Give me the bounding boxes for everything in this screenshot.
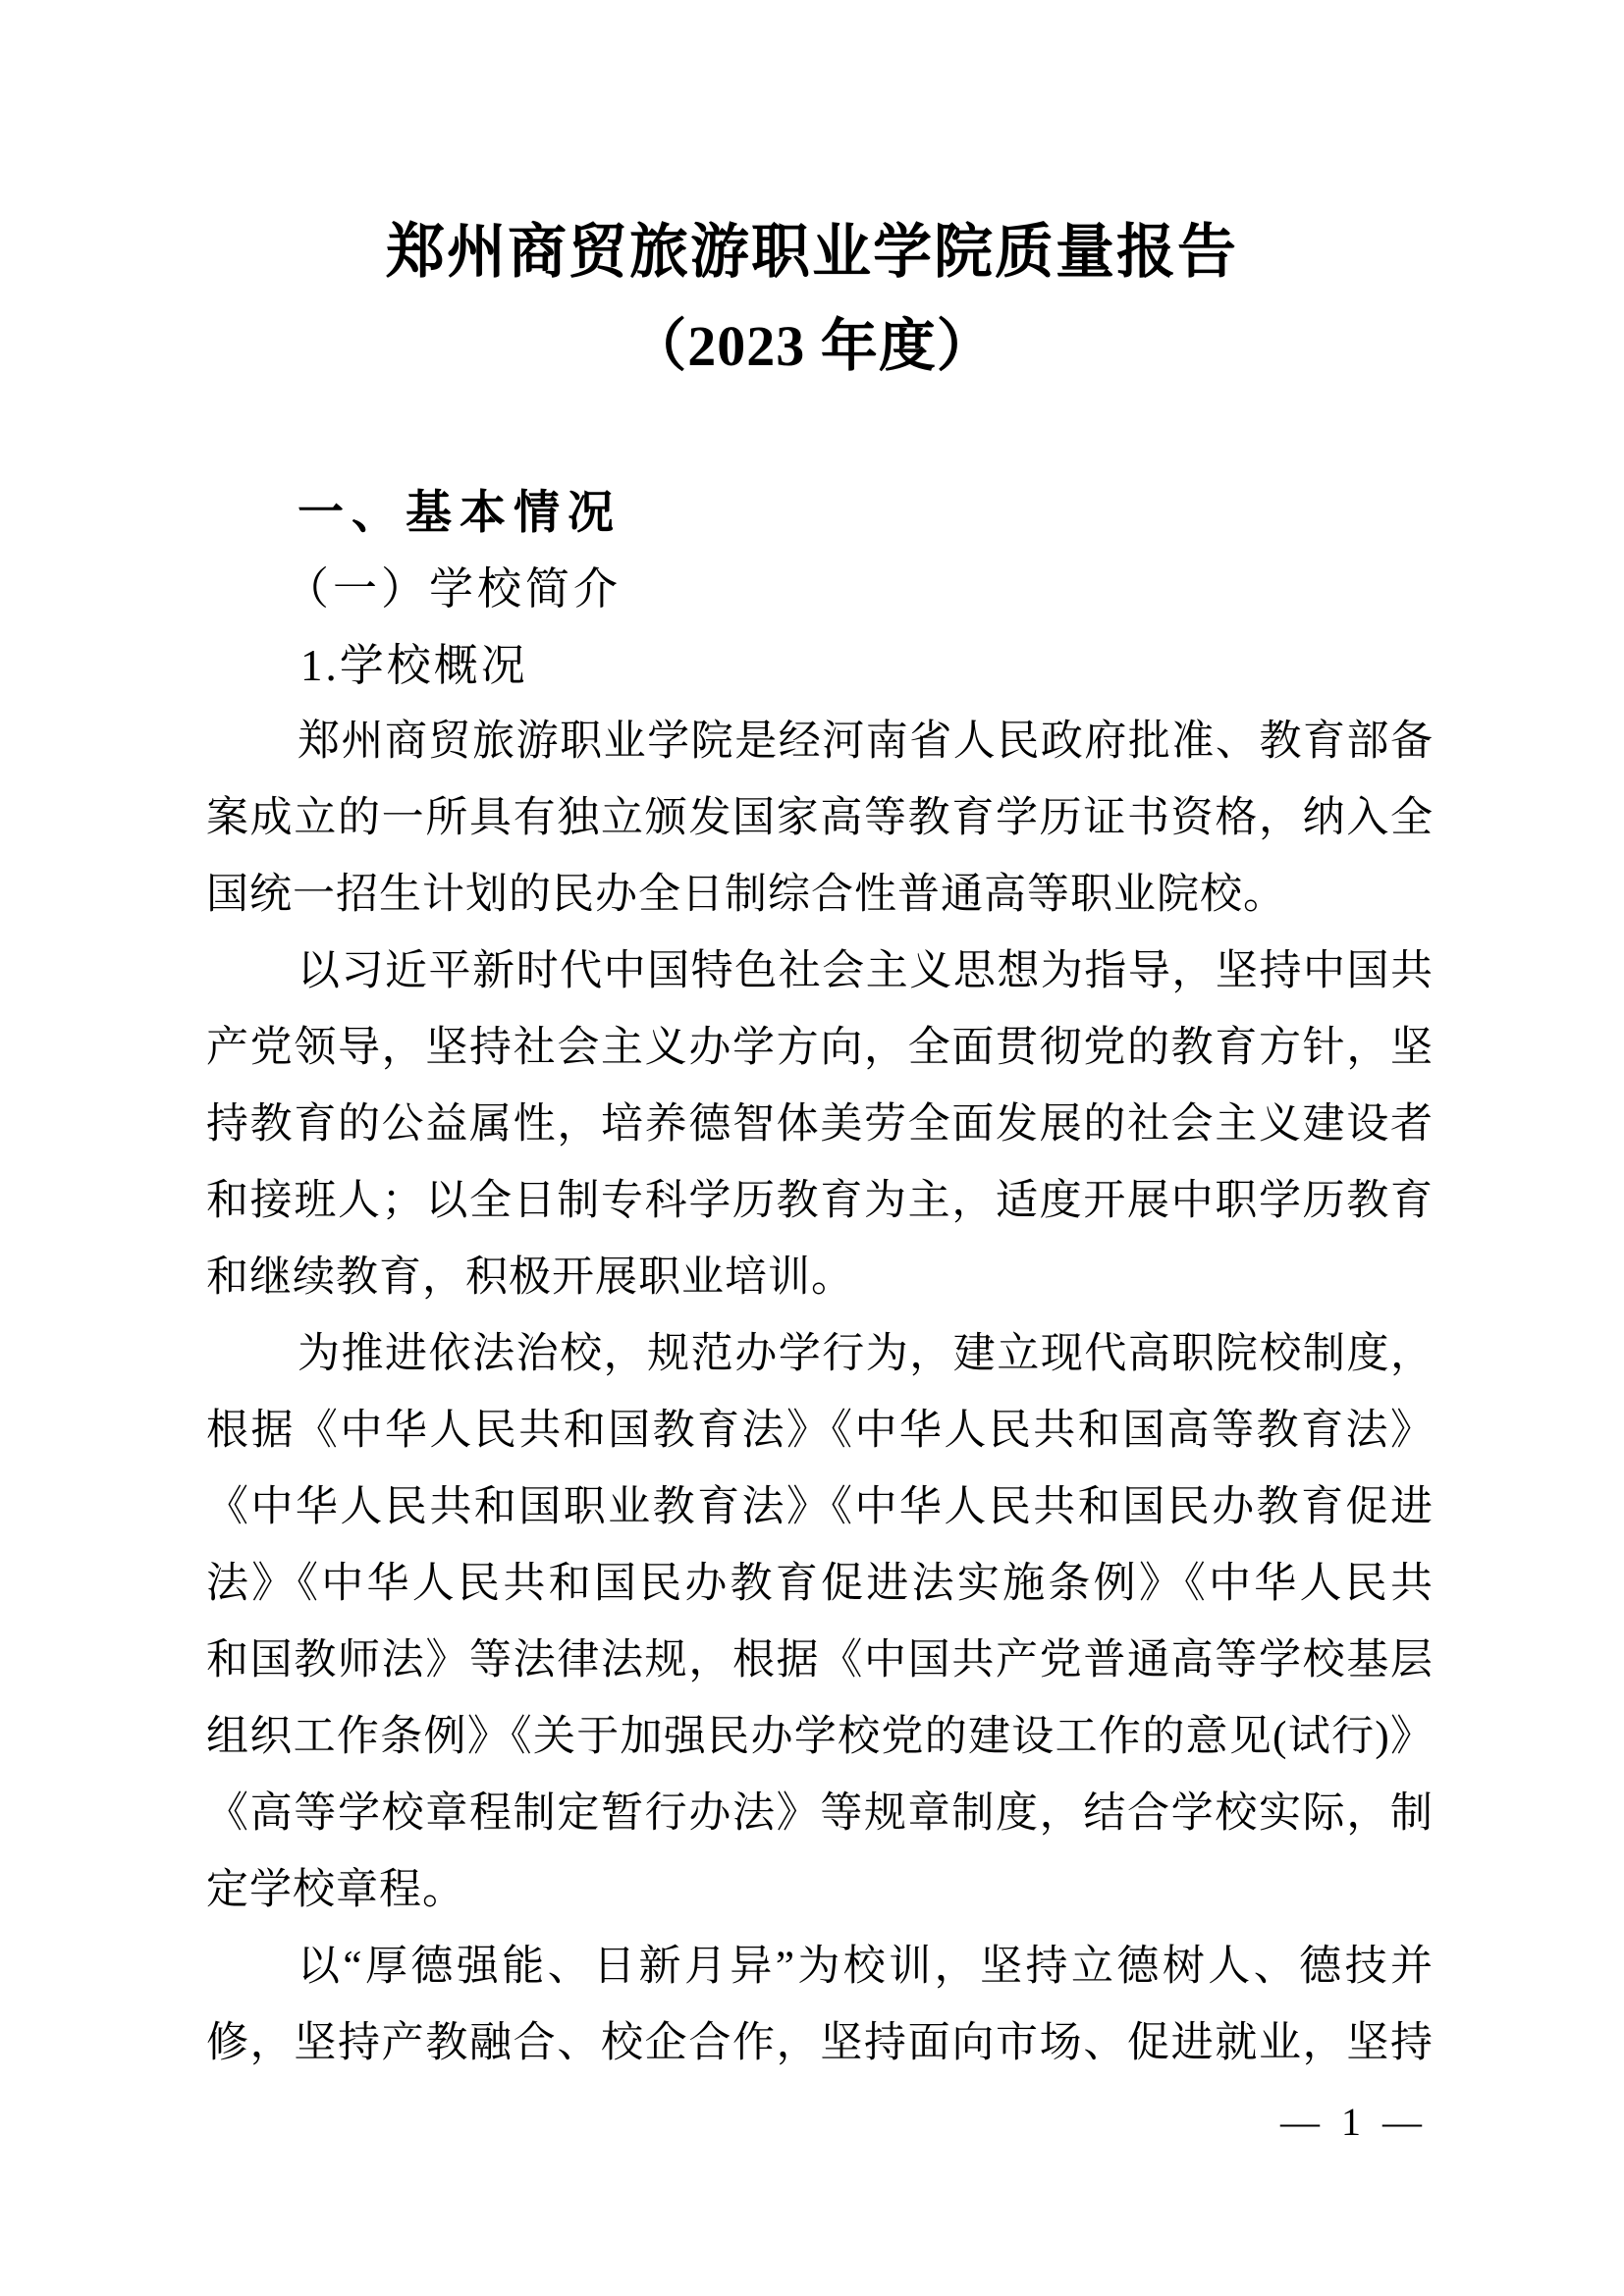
text-line: 定学校章程。 xyxy=(206,1852,1434,1929)
text-line: 持教育的公益属性，培养德智体美劳全面发展的社会主义建设者 xyxy=(206,1087,1434,1163)
document-page: 郑州商贸旅游职业学院质量报告 （2023 年度） 一、基本情况 （一）学校简介 … xyxy=(0,0,1624,2296)
paragraph-school-motto: 以“厚德强能、日新月异”为校训，坚持立德树人、德技并修，坚持产教融合、校企合作，… xyxy=(206,1929,1434,2082)
text-line: 以习近平新时代中国特色社会主义思想为指导，坚持中国共 xyxy=(206,934,1434,1010)
text-line: 案成立的一所具有独立颁发国家高等教育学历证书资格，纳入全 xyxy=(206,780,1434,857)
text-line: 《中华人民共和国职业教育法》《中华人民共和国民办教育促进 xyxy=(206,1469,1434,1546)
text-line: 和国教师法》等法律法规，根据《中国共产党普通高等学校基层 xyxy=(206,1623,1434,1699)
subsection-heading: （一）学校简介 xyxy=(206,551,1434,627)
text-line: 产党领导，坚持社会主义办学方向，全面贯彻党的教育方针，坚 xyxy=(206,1010,1434,1087)
document-body: 一、基本情况 （一）学校简介 1.学校概况 郑州商贸旅游职业学院是经河南省人民政… xyxy=(206,474,1434,2082)
text-line: 组织工作条例》《关于加强民办学校党的建设工作的意见(试行)》 xyxy=(206,1699,1434,1776)
text-line: 以“厚德强能、日新月异”为校训，坚持立德树人、德技并 xyxy=(206,1929,1434,2005)
text-line: 根据《中华人民共和国教育法》《中华人民共和国高等教育法》 xyxy=(206,1393,1434,1469)
paragraph-legal-basis: 为推进依法治校，规范办学行为，建立现代高职院校制度，根据《中华人民共和国教育法》… xyxy=(206,1316,1434,1929)
text-line: 《高等学校章程制定暂行办法》等规章制度，结合学校实际，制 xyxy=(206,1776,1434,1852)
text-line: 修，坚持产教融合、校企合作，坚持面向市场、促进就业，坚持 xyxy=(206,2005,1434,2082)
text-line: 和接班人；以全日制专科学历教育为主，适度开展中职学历教育 xyxy=(206,1163,1434,1240)
document-title: 郑州商贸旅游职业学院质量报告 xyxy=(0,208,1624,296)
document-subtitle: （2023 年度） xyxy=(0,302,1624,391)
paragraph-guiding-ideology: 以习近平新时代中国特色社会主义思想为指导，坚持中国共产党领导，坚持社会主义办学方… xyxy=(206,934,1434,1316)
text-line: 和继续教育，积极开展职业培训。 xyxy=(206,1240,1434,1316)
text-line: 国统一招生计划的民办全日制综合性普通高等职业院校。 xyxy=(206,857,1434,934)
text-line: 法》《中华人民共和国民办教育促进法实施条例》《中华人民共 xyxy=(206,1546,1434,1623)
text-line: 郑州商贸旅游职业学院是经河南省人民政府批准、教育部备 xyxy=(206,704,1434,780)
paragraph-school-overview: 郑州商贸旅游职业学院是经河南省人民政府批准、教育部备案成立的一所具有独立颁发国家… xyxy=(206,704,1434,934)
text-line: 为推进依法治校，规范办学行为，建立现代高职院校制度， xyxy=(206,1316,1434,1393)
page-number: — 1 — xyxy=(1280,2093,1428,2152)
item-heading: 1.学校概况 xyxy=(206,627,1434,704)
section-heading: 一、基本情况 xyxy=(206,474,1434,551)
